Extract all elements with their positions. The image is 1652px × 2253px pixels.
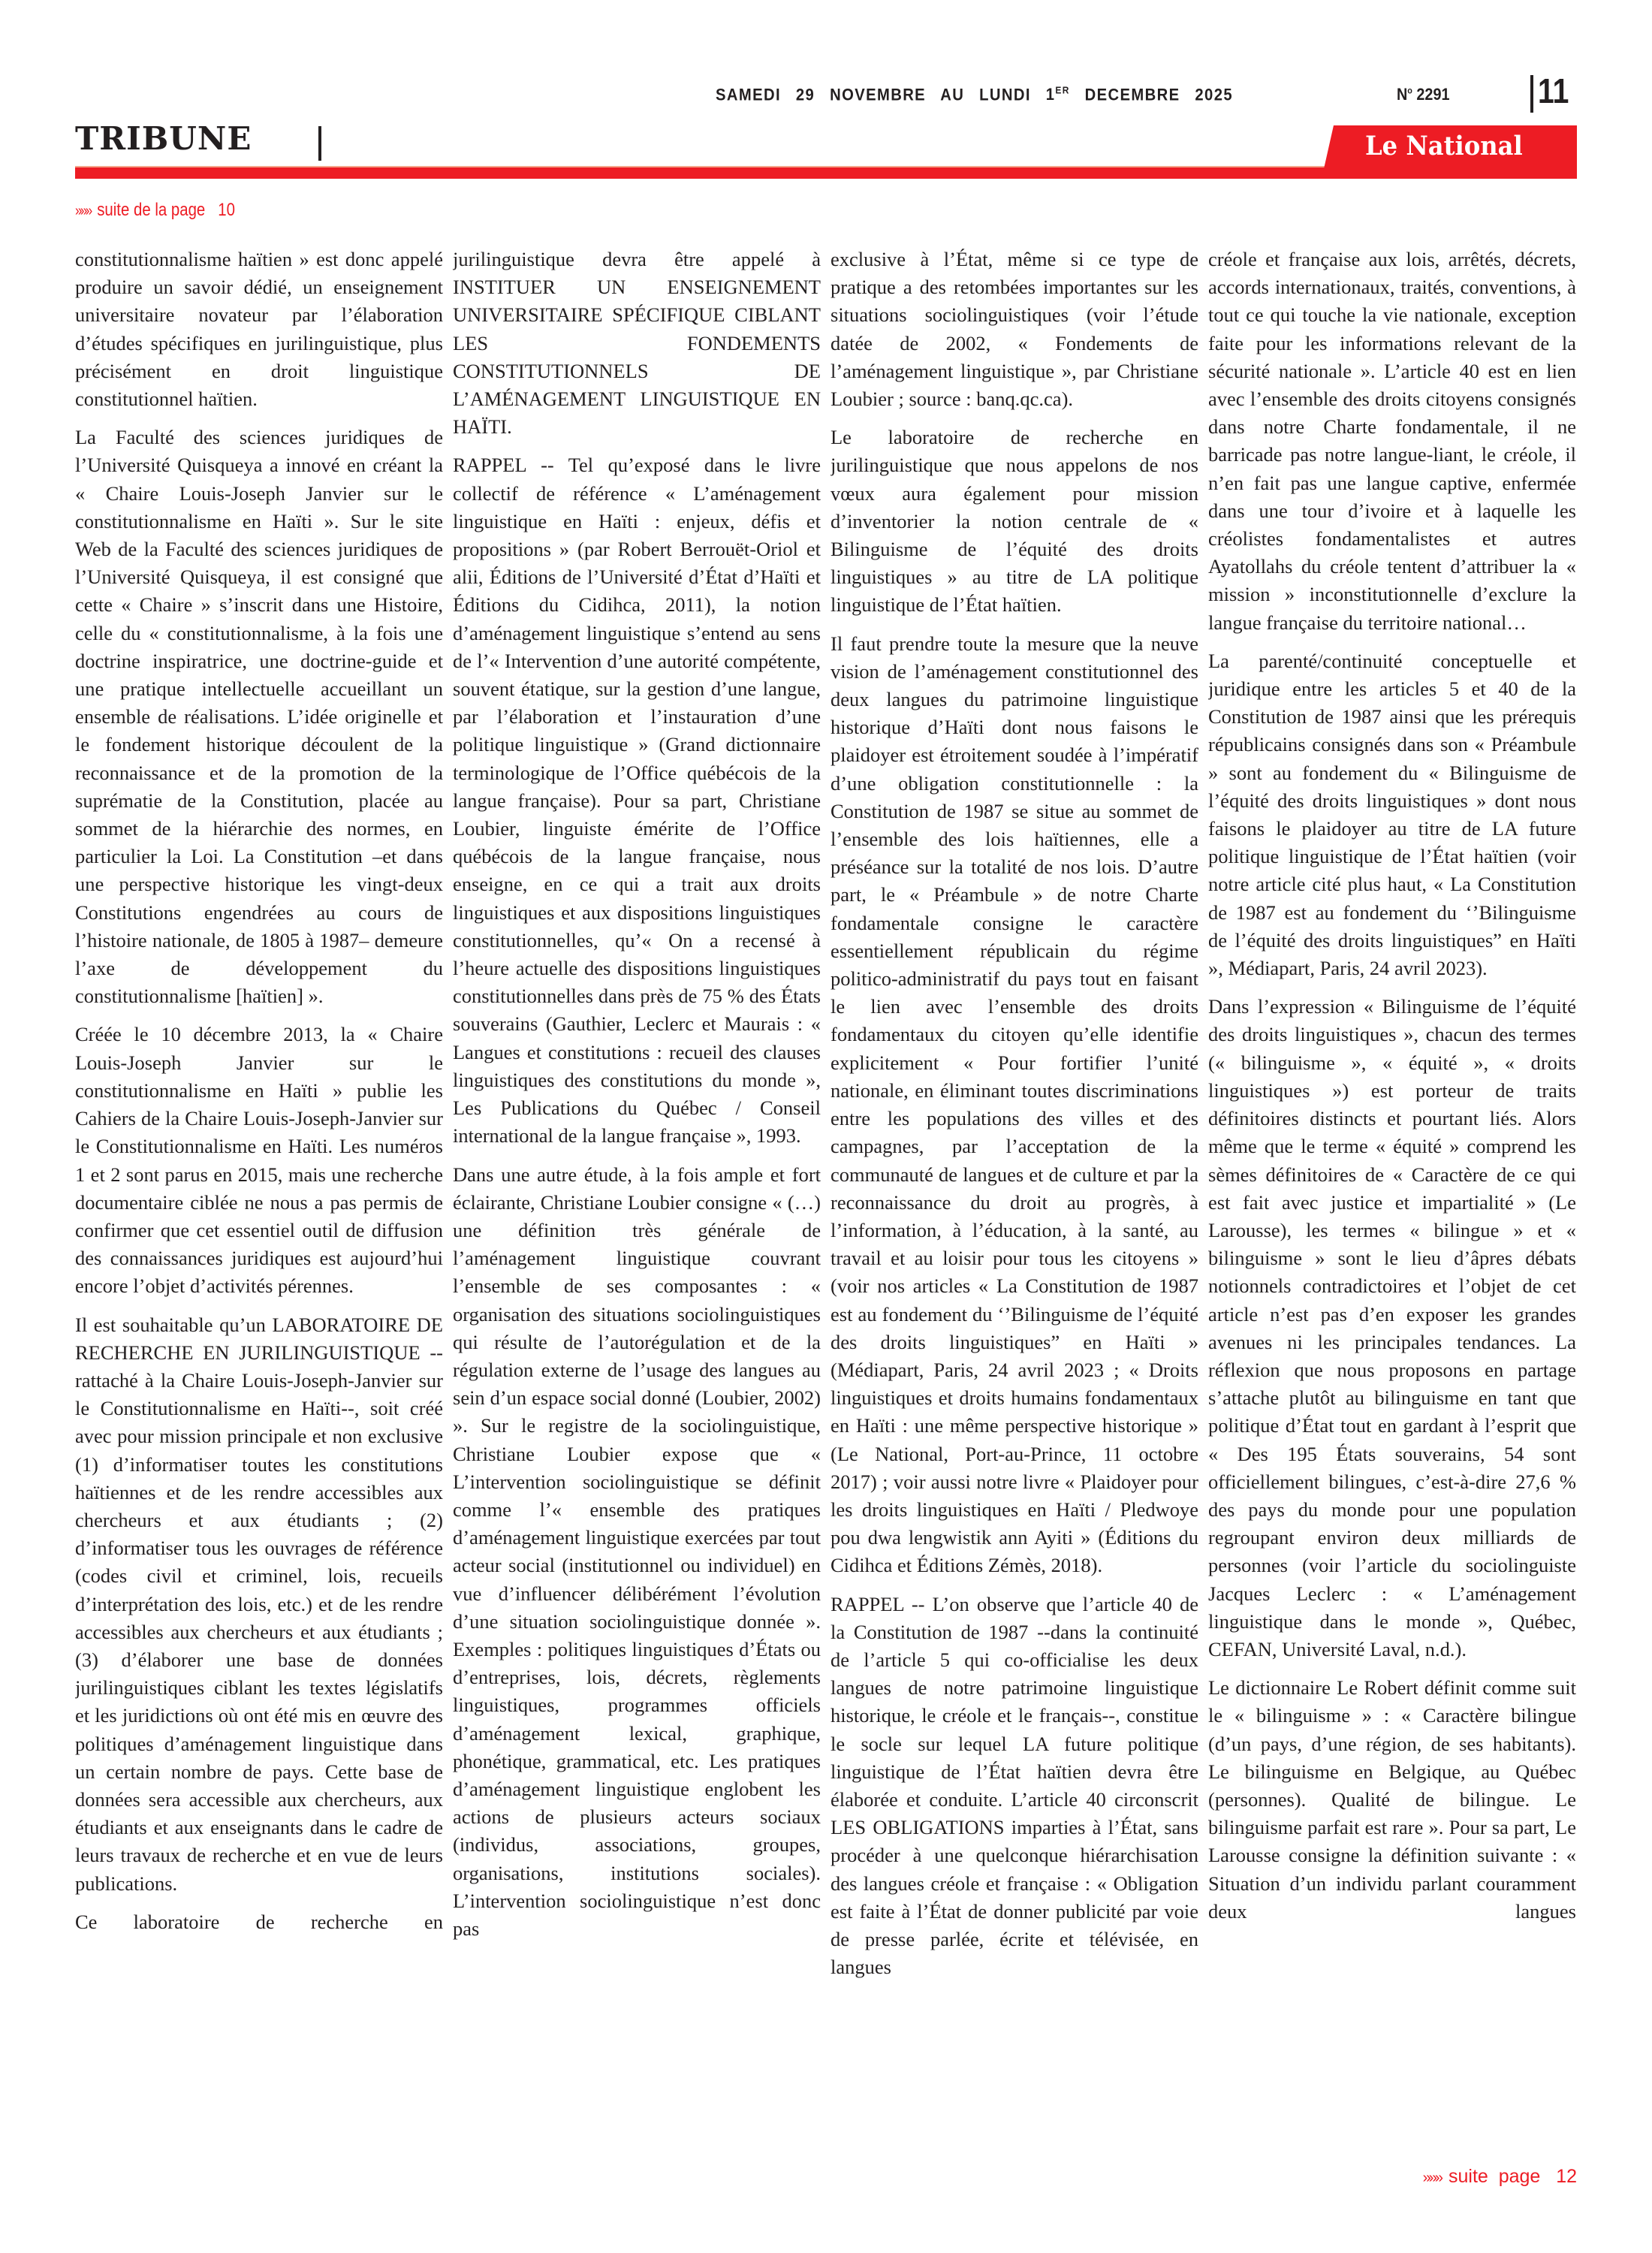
- date-day-end-ordinal: ER: [1055, 85, 1069, 96]
- issue-date: SAMEDI 29 NOVEMBRE AU LUNDI 1ER DECEMBRE…: [716, 85, 1233, 104]
- column-4: créole et française aux lois, arrêtés, d…: [1208, 246, 1576, 2161]
- date-year: 2025: [1195, 85, 1233, 104]
- paragraph: RAPPEL -- L’on observe que l’article 40 …: [831, 1591, 1198, 1982]
- paragraph: RAPPEL -- Tel qu’exposé dans le livre co…: [453, 451, 821, 1150]
- section-title: TRIBUNE: [75, 120, 252, 157]
- date-month-end: DECEMBRE: [1085, 85, 1180, 104]
- issue-number: No 2291: [1397, 85, 1449, 104]
- paragraph: La parenté/continuité conceptuelle et ju…: [1208, 647, 1576, 982]
- column-2: jurilinguistique devra être appelé à INS…: [453, 246, 821, 2161]
- paragraph: Dans l’expression « Bilinguisme de l’équ…: [1208, 993, 1576, 1663]
- paragraph: Ce laboratoire de recherche en: [75, 1908, 443, 1936]
- section-title-divider: [318, 126, 321, 161]
- date-day-end: 1ER: [1046, 85, 1070, 104]
- paragraph: Le laboratoire de recherche en jurilingu…: [831, 424, 1198, 619]
- issue-number-value: 2291: [1416, 85, 1449, 104]
- paragraph: exclusive à l’État, même si ce type de p…: [831, 246, 1198, 413]
- paragraph: Créée le 10 décembre 2013, la « Chaire L…: [75, 1021, 443, 1300]
- date-connector: AU: [940, 85, 964, 104]
- paragraph: Il est souhaitable qu’un LABORATOIRE DE …: [75, 1311, 443, 1898]
- continued-from-page: 10: [218, 200, 235, 220]
- column-1: constitutionnalisme haïtien » est donc a…: [75, 246, 443, 2161]
- newspaper-logo: Le National: [1365, 131, 1523, 161]
- continuation-arrow-icon: »»»: [75, 203, 91, 219]
- paragraph: constitutionnalisme haïtien » est donc a…: [75, 246, 443, 413]
- paragraph: Il faut prendre toute la mesure que la n…: [831, 630, 1198, 1580]
- column-3: exclusive à l’État, même si ce type de p…: [831, 246, 1198, 2161]
- paragraph: Le dictionnaire Le Robert définit comme …: [1208, 1674, 1576, 1926]
- issue-prefix: N: [1397, 85, 1407, 104]
- date-weekday-end: LUNDI: [979, 85, 1031, 104]
- date-day-end-number: 1: [1046, 85, 1056, 104]
- paragraph: créole et française aux lois, arrêtés, d…: [1208, 246, 1576, 637]
- issue-prefix-sup: o: [1407, 86, 1412, 96]
- date-weekday-start: SAMEDI: [716, 85, 781, 104]
- continued-on-page: 12: [1556, 2166, 1577, 2187]
- article-body: constitutionnalisme haïtien » est donc a…: [75, 246, 1577, 2161]
- paragraph: jurilinguistique devra être appelé à INS…: [453, 246, 821, 441]
- continued-on: »»»suite page 12: [1423, 2166, 1577, 2188]
- continued-from-label: suite de la page: [97, 200, 205, 220]
- date-month-start: NOVEMBRE: [830, 85, 926, 104]
- paragraph: La Faculté des sciences juridiques de l’…: [75, 424, 443, 1010]
- page-number: 11: [1538, 71, 1569, 111]
- date-day-start: 29: [796, 85, 815, 104]
- continued-from: »»»suite de la page 10: [75, 200, 235, 221]
- continuation-arrow-icon: »»»: [1423, 2170, 1441, 2186]
- paragraph: Dans une autre étude, à la fois ample et…: [453, 1161, 821, 1944]
- page-number-divider: [1530, 75, 1533, 113]
- continued-on-label: suite page: [1449, 2166, 1540, 2187]
